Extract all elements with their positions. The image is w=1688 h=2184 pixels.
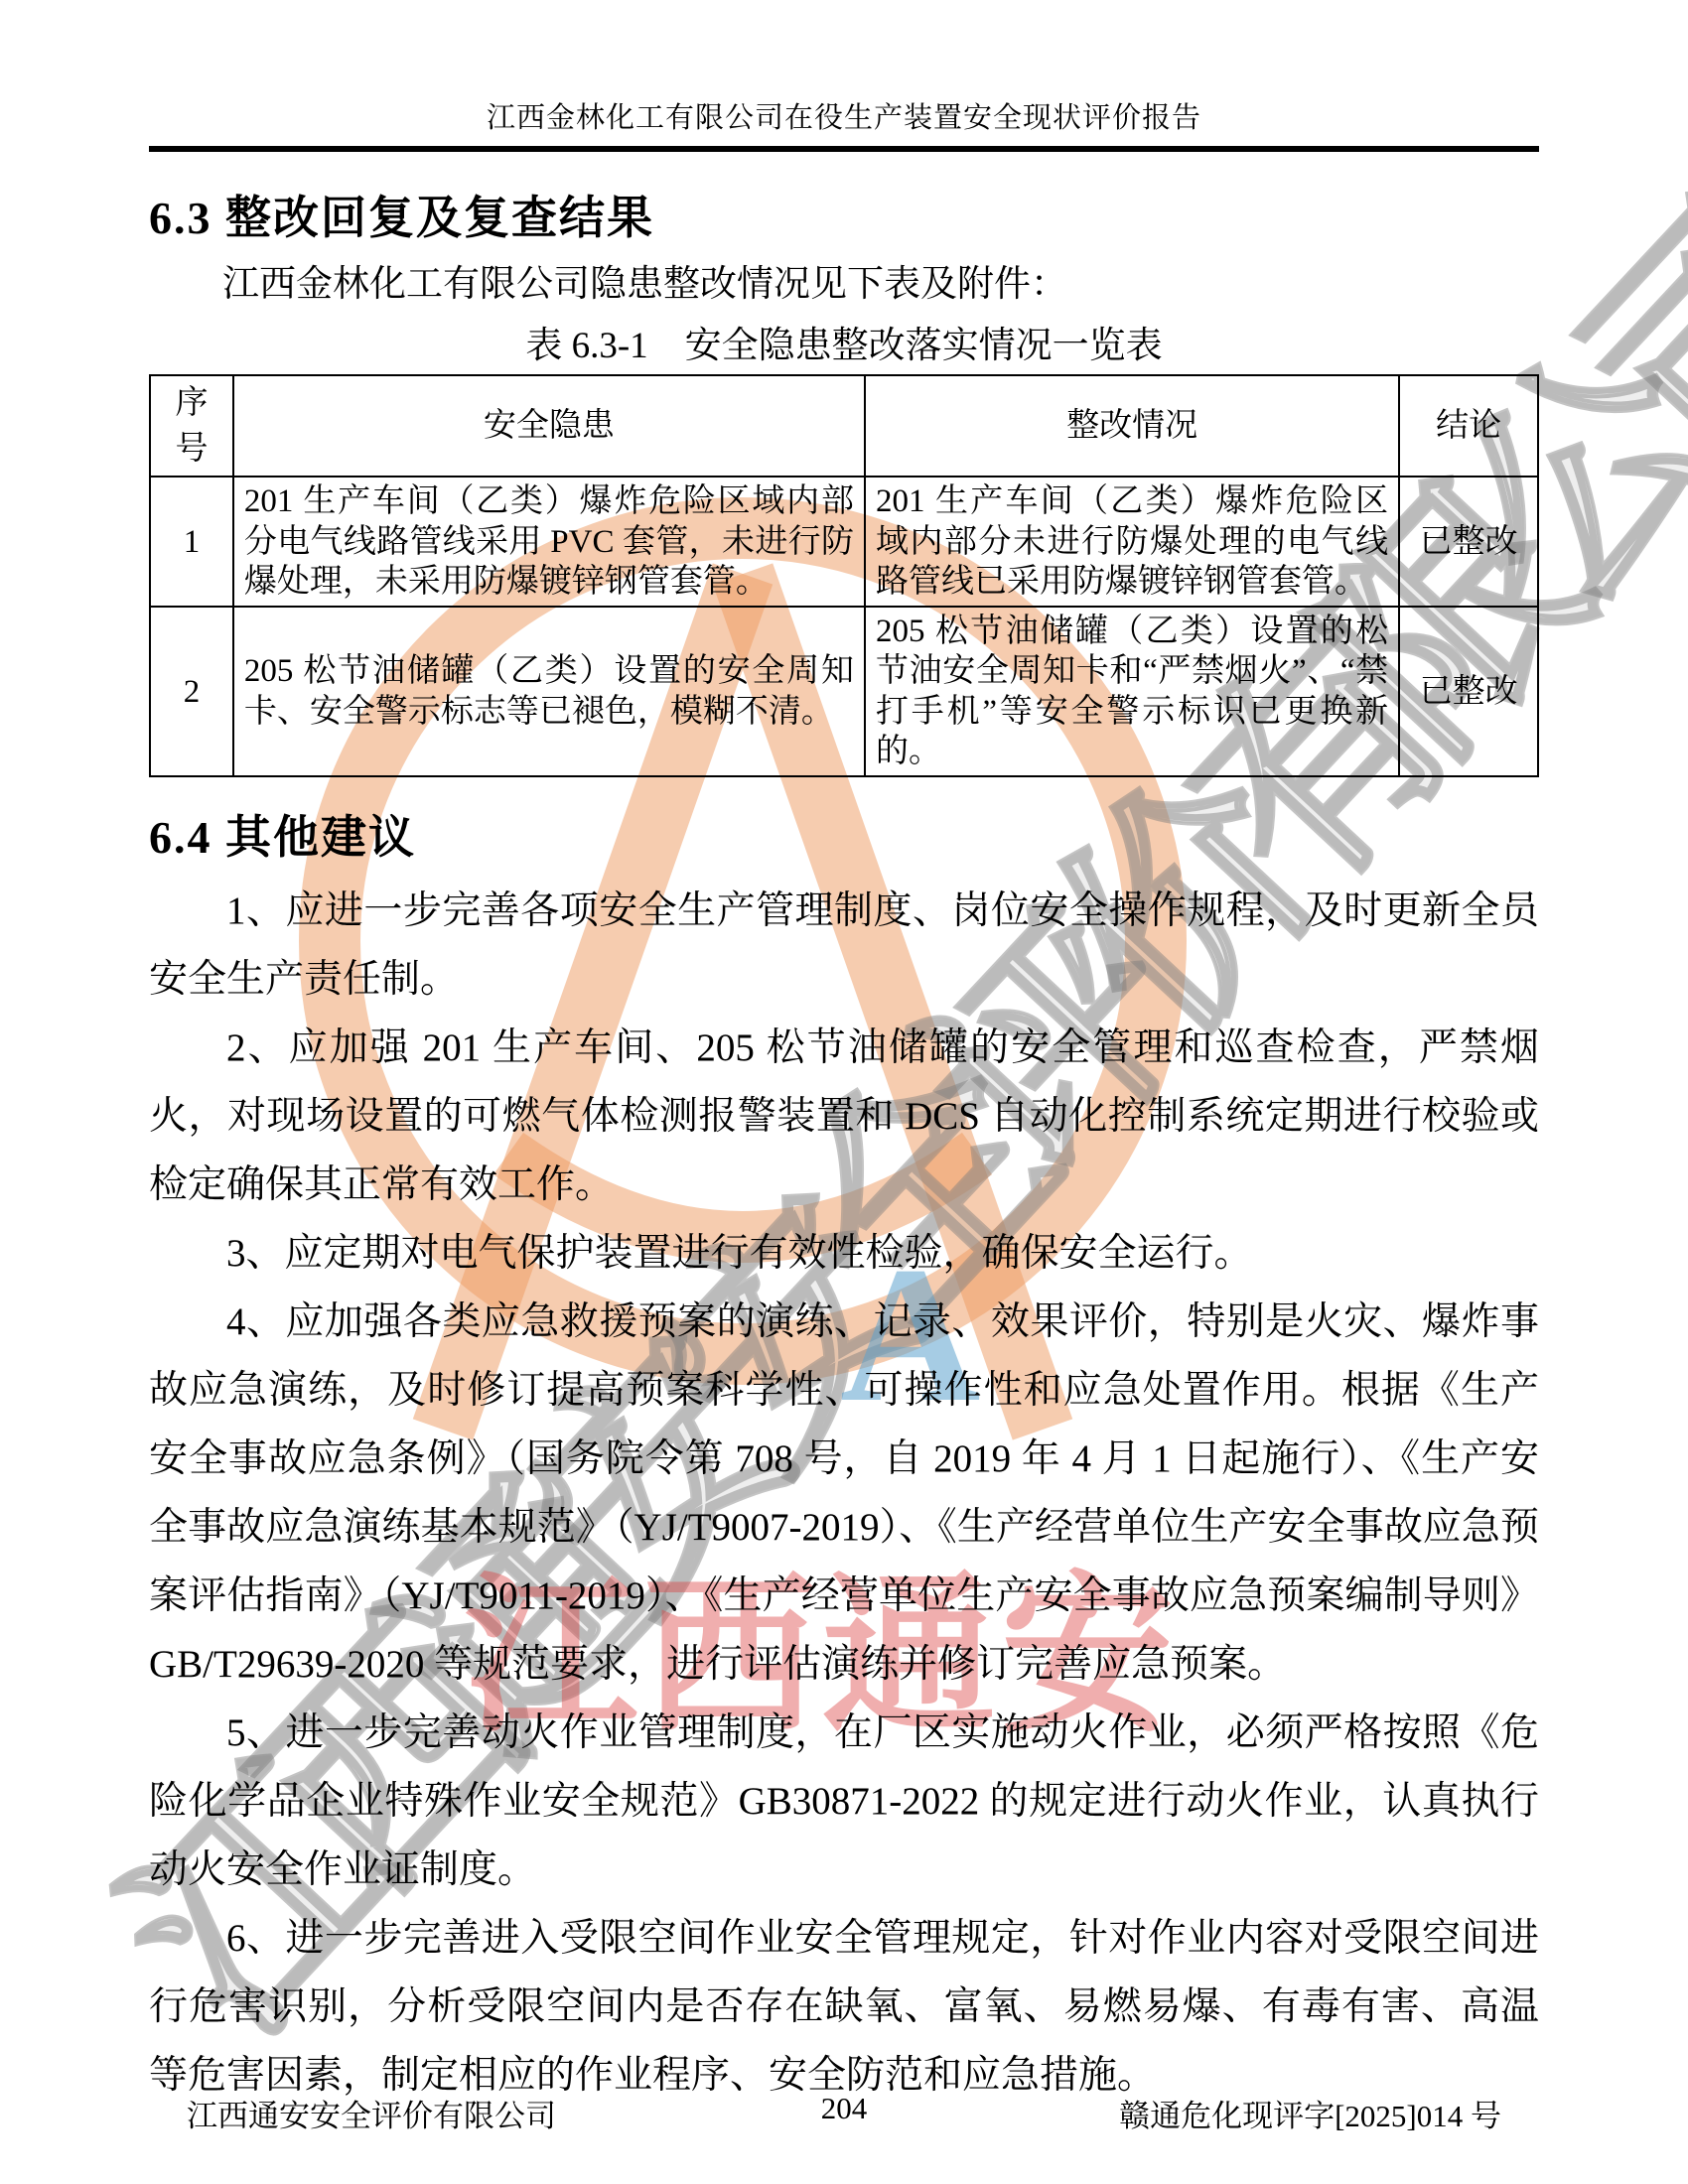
footer-doc-number: 赣通危化现评字[2025]014 号 <box>1119 2091 1501 2135</box>
table-row: 2 205 松节油储罐（乙类）设置的安全周知卡、安全警示标志等已褪色，模糊不清。… <box>150 607 1538 776</box>
section-6-4-heading: 6.4 其他建议 <box>149 801 1539 867</box>
table-title: 表 6.3-1 安全隐患整改落实情况一览表 <box>149 315 1539 368</box>
suggestion-paragraph-5: 5、进一步完善动火作业管理制度，在厂区实施动火作业，必须严格按照《危险化学品企业… <box>149 1699 1539 1904</box>
suggestion-paragraph-4: 4、应加强各类应急救援预案的演练、记录、效果评价，特别是火灾、爆炸事故应急演练，… <box>149 1288 1539 1699</box>
row-hazard: 205 松节油储罐（乙类）设置的安全周知卡、安全警示标志等已褪色，模糊不清。 <box>233 607 865 776</box>
row-no: 2 <box>150 607 233 776</box>
page-content: 江西金林化工有限公司在役生产装置安全现状评价报告 6.3 整改回复及复查结果 江… <box>0 0 1688 2184</box>
row-action: 201 生产车间（乙类）爆炸危险区域内部分未进行防爆处理的电气线路管线已采用防爆… <box>865 477 1399 607</box>
table-row: 1 201 生产车间（乙类）爆炸危险区域内部分电气线路管线采用 PVC 套管，未… <box>150 477 1538 607</box>
page-header-title: 江西金林化工有限公司在役生产装置安全现状评价报告 <box>149 95 1539 136</box>
footer-company: 江西通安安全评价有限公司 <box>187 2091 556 2135</box>
section-6-3-intro: 江西金林化工有限公司隐患整改情况见下表及附件： <box>149 261 1539 309</box>
col-header-conclusion: 结论 <box>1399 375 1538 477</box>
suggestion-paragraph-1: 1、应进一步完善各项安全生产管理制度、岗位安全操作规程，及时更新全员安全生产责任… <box>149 877 1539 1014</box>
header-rule <box>149 146 1539 152</box>
row-conclusion: 已整改 <box>1399 607 1538 776</box>
row-no: 1 <box>150 477 233 607</box>
row-conclusion: 已整改 <box>1399 477 1538 607</box>
suggestion-paragraph-2: 2、应加强 201 生产车间、205 松节油储罐的安全管理和巡查检查，严禁烟火，… <box>149 1014 1539 1219</box>
row-action: 205 松节油储罐（乙类）设置的松节油安全周知卡和“严禁烟火”、“禁打手机”等安… <box>865 607 1399 776</box>
remediation-table: 序号 安全隐患 整改情况 结论 1 201 生产车间（乙类）爆炸危险区域内部分电… <box>149 374 1539 777</box>
col-header-action: 整改情况 <box>865 375 1399 477</box>
footer-page-number: 204 <box>821 2091 868 2126</box>
table-header-row: 序号 安全隐患 整改情况 结论 <box>150 375 1538 477</box>
row-hazard: 201 生产车间（乙类）爆炸危险区域内部分电气线路管线采用 PVC 套管，未进行… <box>233 477 865 607</box>
section-6-3-heading: 6.3 整改回复及复查结果 <box>149 182 1539 247</box>
suggestion-paragraph-6: 6、进一步完善进入受限空间作业安全管理规定，针对作业内容对受限空间进行危害识别，… <box>149 1904 1539 2110</box>
report-page: { "header": { "title": "江西金林化工有限公司在役生产装置… <box>0 0 1688 2184</box>
col-header-no: 序号 <box>150 375 233 477</box>
suggestion-paragraph-3: 3、应定期对电气保护装置进行有效性检验，确保安全运行。 <box>149 1219 1539 1288</box>
col-header-hazard: 安全隐患 <box>233 375 865 477</box>
